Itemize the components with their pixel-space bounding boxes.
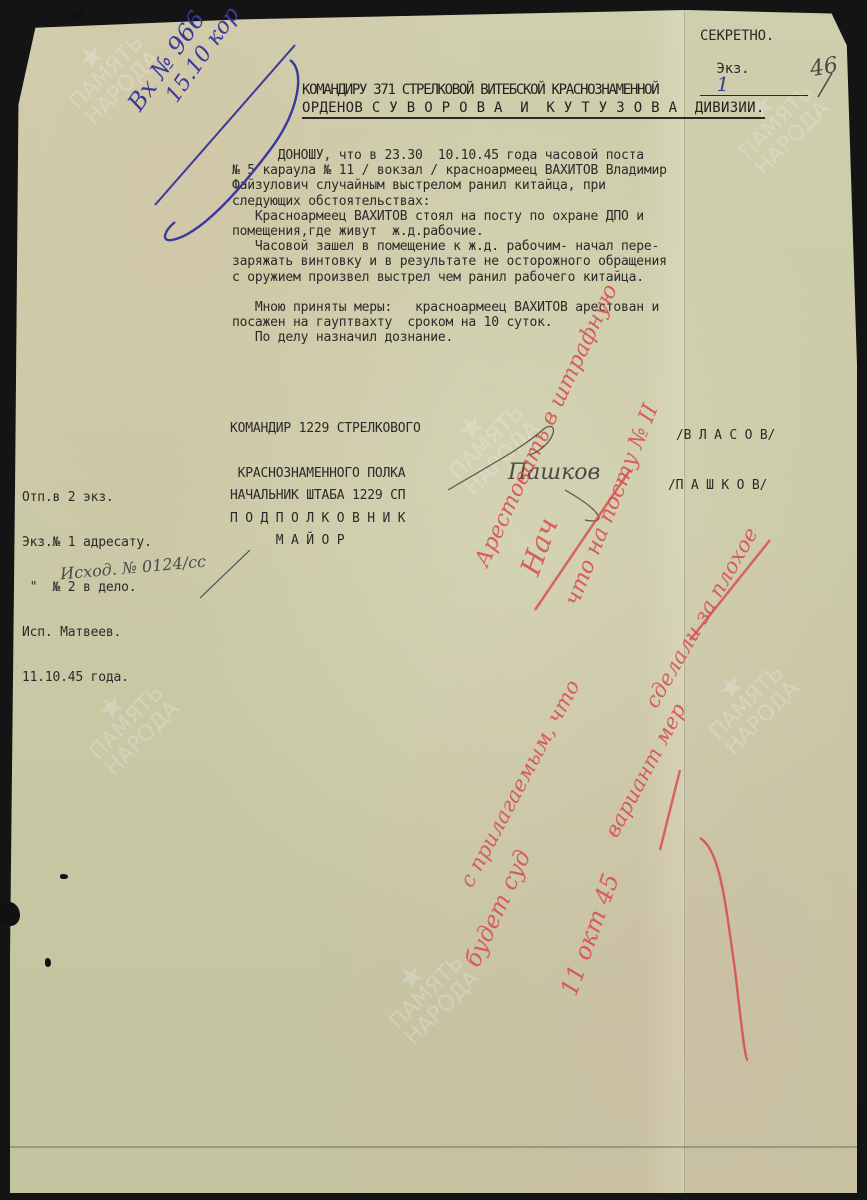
ink-strokes <box>0 0 867 1200</box>
